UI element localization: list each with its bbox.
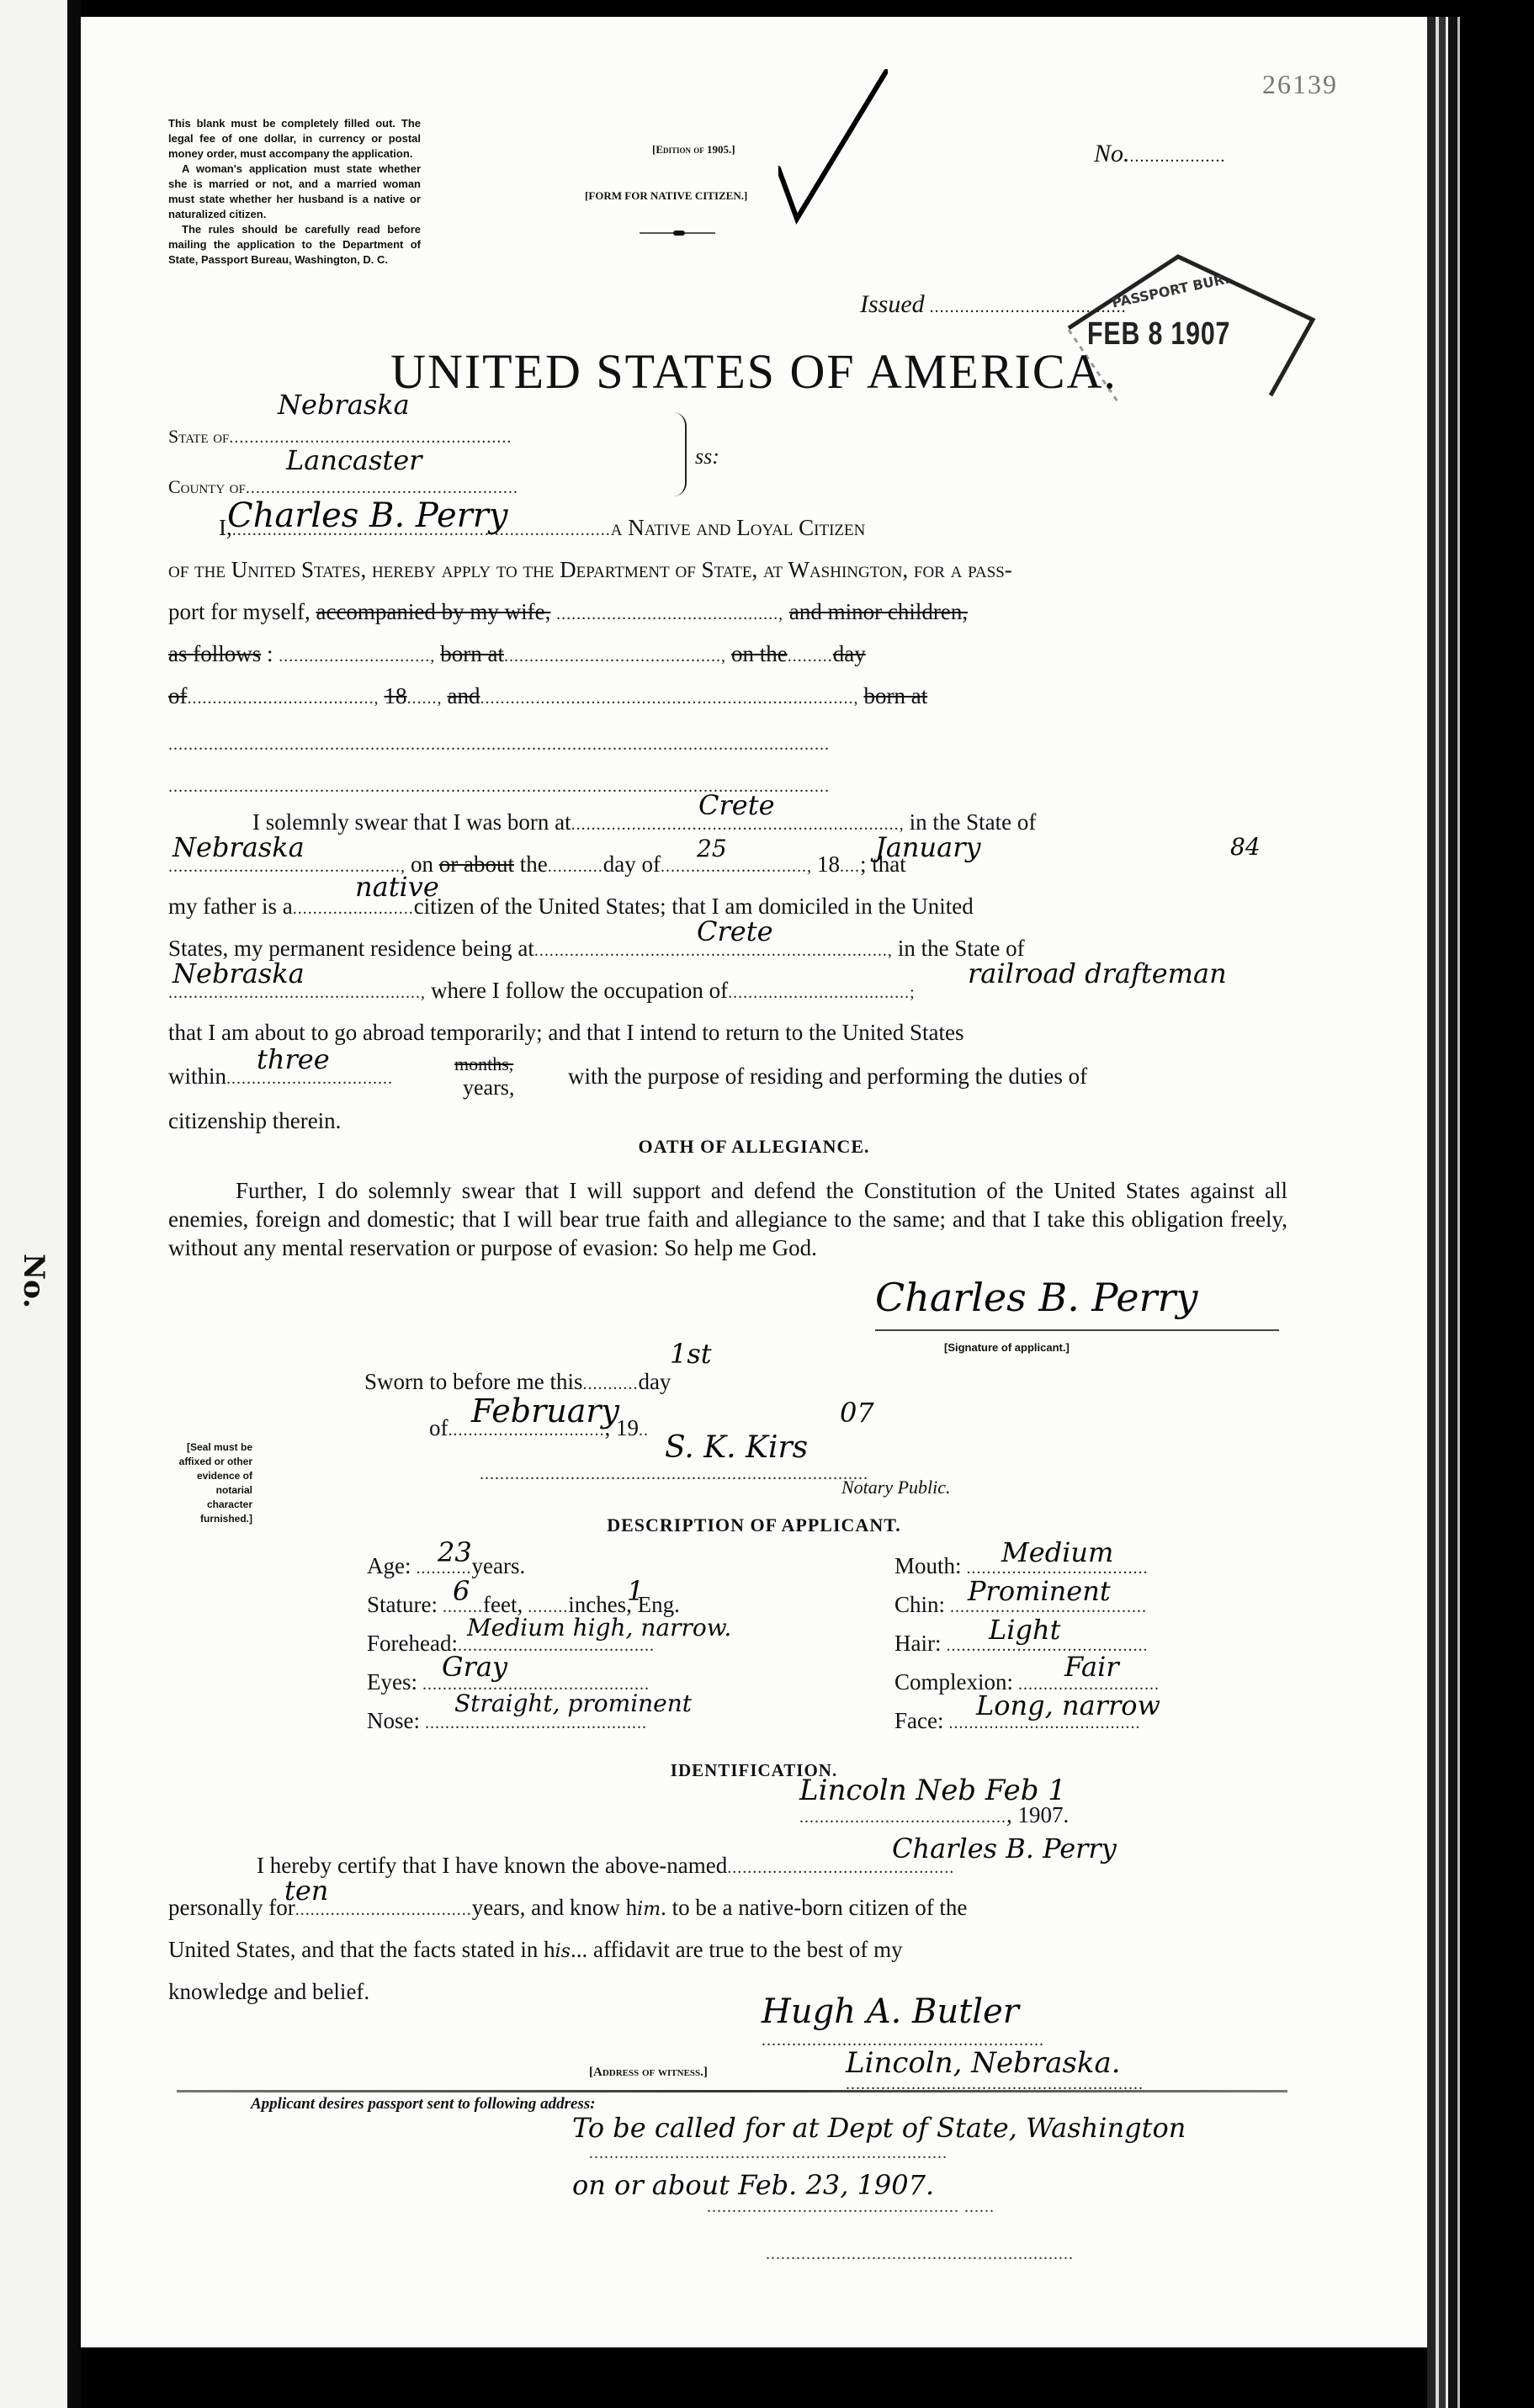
witness-address-value: Lincoln, Nebraska. [846, 2046, 1121, 2080]
birth-month-value: January [875, 831, 981, 863]
file-number-stamp: 26139 [1262, 69, 1338, 100]
facts-suffix: affidavit are true to the best of my [593, 1937, 903, 1962]
apply-line: of the United States, hereby apply to th… [168, 555, 1283, 584]
oath-text: Further, I do solemnly swear that I will… [168, 1176, 1287, 1262]
years-known-value: ten [284, 1875, 328, 1907]
checkmark-icon [778, 67, 888, 227]
age-value: 23 [438, 1536, 472, 1568]
nose-label: Nose: [367, 1708, 420, 1733]
struck-of: of [168, 683, 188, 708]
struck-accompanied: accompanied by my wife, [316, 599, 550, 624]
birth-day-value: 25 [697, 835, 727, 862]
ornament-divider [640, 232, 715, 234]
hair-value: Light [989, 1614, 1060, 1646]
personally-for-label: personally for [168, 1895, 295, 1920]
port-for-myself: port for myself, [168, 599, 311, 624]
hair-label: Hair: [894, 1631, 941, 1656]
struck-on-the: on the [731, 641, 788, 666]
father-prefix: my father is a [168, 894, 293, 919]
struck-born-at-2: born at [863, 683, 927, 708]
complexion-value: Fair [1064, 1651, 1119, 1683]
notice-woman: A woman's application must state whether… [168, 162, 421, 222]
day-label: day [638, 1369, 671, 1394]
notary-signature: S. K. Kirs [665, 1430, 808, 1465]
eyes-label: Eyes: [367, 1669, 417, 1695]
birth-state-value: Nebraska [173, 831, 305, 863]
struck-or-about: or about [439, 851, 514, 877]
page-edge-shadow [67, 0, 81, 2408]
mailing-dots-3: ........................................… [766, 2245, 1074, 2264]
instructions-notice: This blank must be completely filled out… [168, 116, 421, 268]
struck-as-follows: as follows [168, 641, 261, 666]
mailing-dots-2: ........................................… [707, 2198, 995, 2217]
his-value: is [555, 1941, 571, 1962]
application-number-field: No.................... [1094, 140, 1226, 168]
mailing-address-label: Applicant desires passport sent to follo… [251, 2095, 596, 2114]
nose-value: Straight, prominent [454, 1689, 692, 1717]
state-value: Nebraska [278, 389, 410, 421]
left-facing-page [0, 0, 67, 2408]
applicant-signature: Charles B. Perry [875, 1275, 1198, 1320]
the-label: the [520, 851, 548, 877]
mouth-label: Mouth: [894, 1553, 962, 1578]
struck-and: and [448, 683, 480, 708]
children-line-2: of.....................................,… [168, 682, 1283, 713]
blank-dotted-line-1: ........................................… [168, 730, 1283, 759]
identification-heading: IDENTIFICATION. [81, 1760, 1427, 1781]
eyes-value: Gray [442, 1651, 507, 1683]
sworn-month-value: February [471, 1392, 619, 1429]
native-loyal-label: a Native and Loyal Citizen [611, 515, 866, 540]
witness-address-label: [Address of witness.] [589, 2066, 708, 2080]
sworn-prefix: Sworn to before me this [364, 1369, 582, 1394]
issued-label: Issued [860, 290, 925, 318]
county-value: Lancaster [286, 444, 422, 476]
stature-feet-value: 6 [453, 1575, 470, 1607]
struck-born-at: born at [440, 641, 504, 666]
years-label: years, [463, 1074, 514, 1102]
known-name-value: Charles B. Perry [892, 1833, 1117, 1864]
oath-heading: OATH OF ALLEGIANCE. [81, 1136, 1427, 1158]
ss-mark: ss: [695, 444, 719, 469]
sworn-year-value: 07 [840, 1397, 874, 1429]
father-suffix: citizen of the United States; that I am … [414, 894, 974, 919]
notice-fee: This blank must be completely filled out… [168, 116, 421, 162]
struck-day: day [833, 641, 866, 666]
day-of-label: day of [603, 851, 661, 877]
year-prefix: 18 [817, 851, 840, 877]
section-divider [177, 2090, 1287, 2092]
within-label: within [168, 1063, 226, 1089]
of-label: of [429, 1415, 449, 1440]
mailing-dots-1: ........................................… [589, 2144, 947, 2163]
description-heading: DESCRIPTION OF APPLICANT. [81, 1514, 1427, 1536]
return-line: within................................. … [168, 1062, 1283, 1093]
residence-city-value: Crete [697, 915, 773, 947]
venue-brace [673, 412, 687, 496]
age-suffix: years. [471, 1553, 525, 1578]
forehead-value: Medium high, narrow. [467, 1614, 731, 1642]
face-value: Long, narrow [976, 1689, 1160, 1721]
age-label: Age: [367, 1553, 411, 1578]
stature-label: Stature: [367, 1592, 438, 1617]
signature-line [875, 1329, 1279, 1331]
stature-inches-value: 1 [627, 1575, 644, 1607]
occupation-prefix: where I follow the occupation of [431, 978, 728, 1003]
mailing-address-line-1: To be called for at Dept of State, Washi… [572, 2112, 1186, 2144]
apply-text: of the United States, hereby apply to th… [168, 557, 1012, 582]
children-line-1: as follows : ...........................… [168, 639, 1283, 671]
chin-label: Chin: [894, 1592, 945, 1617]
county-label: County of [168, 476, 246, 497]
occupation-value: railroad drafteman [968, 957, 1227, 989]
oath-paragraph: Further, I do solemnly swear that I will… [168, 1176, 1287, 1262]
applicant-name-value: Charles B. Perry [227, 496, 508, 535]
personally-line: personally for..........................… [168, 1893, 1283, 1924]
citizenship-line: citizenship therein. [168, 1106, 1283, 1135]
knowledge-line: knowledge and belief. [168, 1977, 1283, 2006]
book-spine [1427, 17, 1494, 2408]
him-value: im [637, 1899, 661, 1920]
state-label: State of [168, 426, 229, 447]
return-within-value: three [257, 1043, 330, 1075]
mailing-address-line-2: on or about Feb. 23, 1907. [572, 2169, 934, 2201]
seal-note: [Seal must be affixed or other evidence … [168, 1440, 252, 1526]
struck-18: 18 [385, 683, 407, 708]
left-page-number-mark: No. [17, 1254, 50, 1291]
birth-year-value: 84 [1230, 833, 1261, 861]
identification-place-date: Lincoln Neb Feb 1 [799, 1774, 1066, 1807]
father-status-value: native [355, 871, 439, 903]
form-type-label: [FORM FOR NATIVE CITIZEN.] [585, 189, 747, 203]
notice-rules: The rules should be carefully read befor… [168, 222, 421, 268]
sworn-day-value: 1st [670, 1338, 712, 1370]
mouth-value: Medium [1001, 1536, 1113, 1568]
chin-value: Prominent [968, 1575, 1111, 1607]
accompanied-line: port for myself, accompanied by my wife,… [168, 597, 1283, 629]
birthplace-value: Crete [698, 789, 775, 821]
number-label: No. [1094, 140, 1130, 167]
affidavit-line: United States, and that the facts stated… [168, 1935, 1283, 1966]
years-and-know: years, and know h [472, 1895, 637, 1920]
edition-label: [Edition of 1905.] [652, 143, 735, 156]
face-label: Face: [894, 1708, 943, 1733]
signature-label: [Signature of applicant.] [944, 1341, 1070, 1354]
purpose-text: with the purpose of residing and perform… [568, 1062, 1087, 1090]
struck-minor-children: and minor children, [789, 599, 968, 624]
facts-prefix: United States, and that the facts stated… [168, 1937, 555, 1962]
abroad-line: that I am about to go abroad temporarily… [168, 1018, 1283, 1047]
notary-public-label: Notary Public. [841, 1477, 951, 1498]
residence-state-value: Nebraska [173, 957, 305, 989]
native-born-text: to be a native-born citizen of the [672, 1895, 968, 1920]
